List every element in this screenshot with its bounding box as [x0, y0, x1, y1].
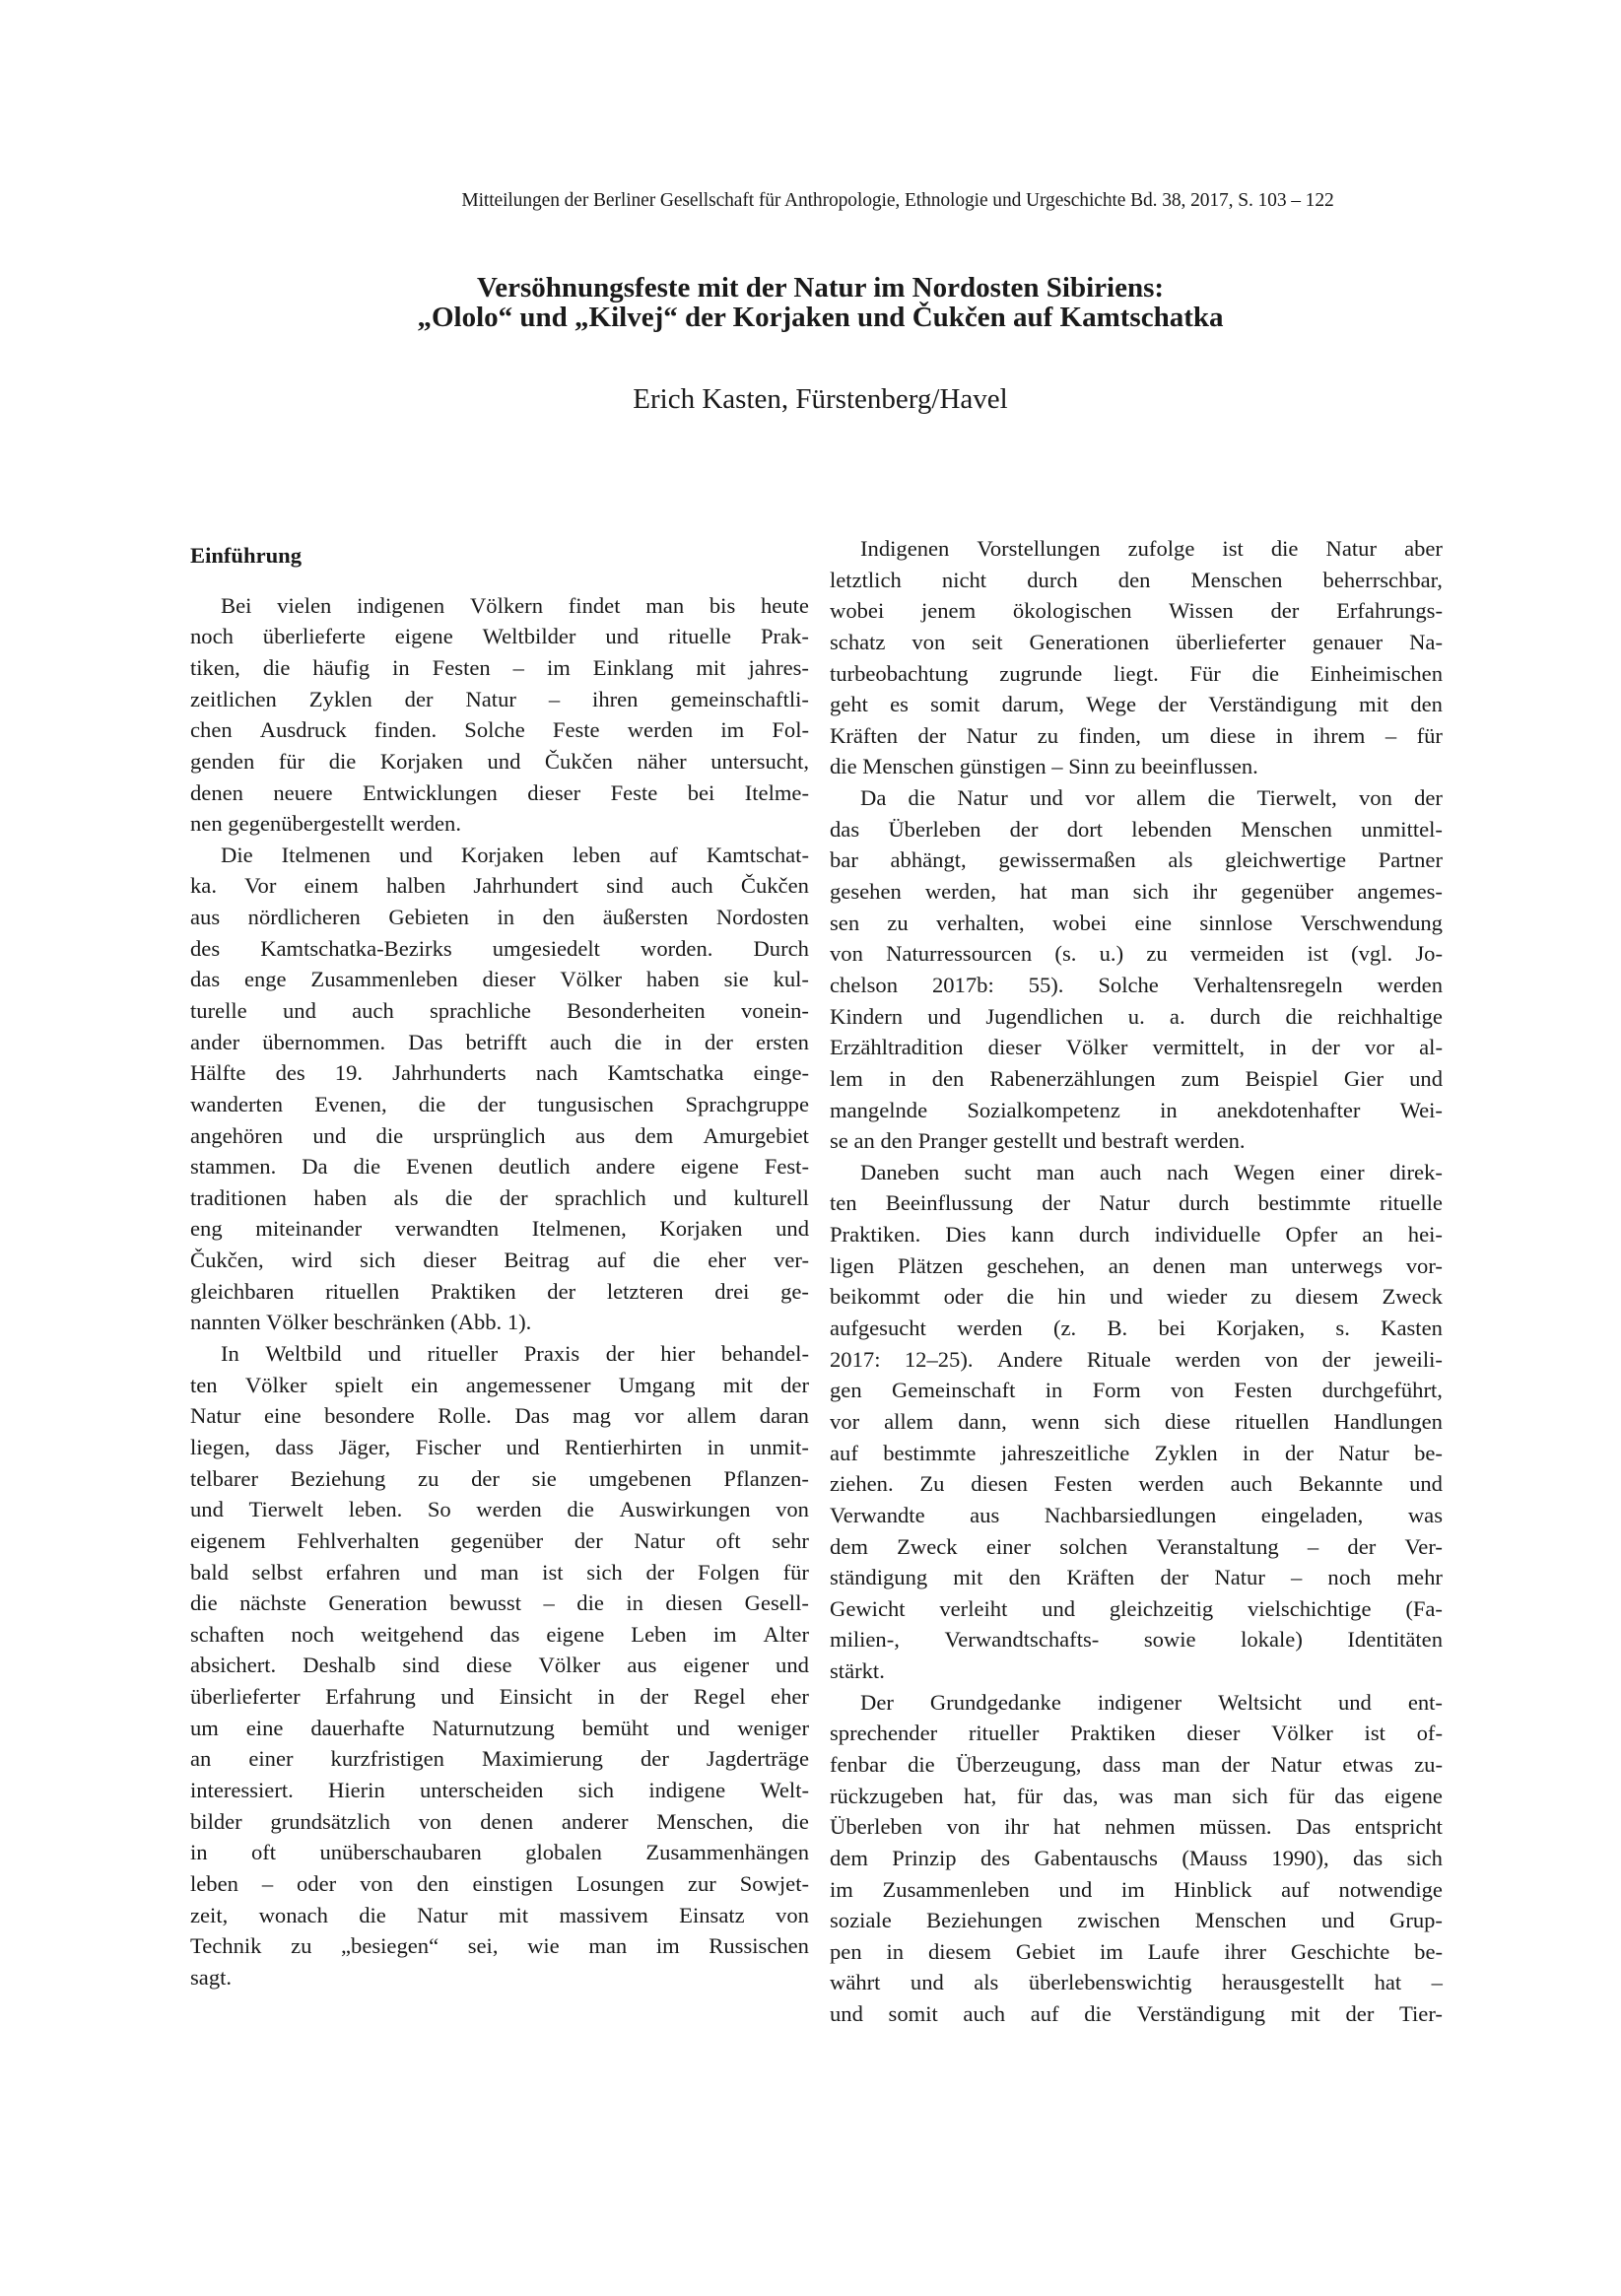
text-line: dasÜberlebenderdortlebendenMenschenunmit… — [830, 814, 1443, 845]
text-line: aneinerkurzfristigenMaximierungderJagder… — [190, 1743, 809, 1775]
article-title: Versöhnungsfeste mit der Natur im Nordos… — [0, 273, 1621, 332]
text-line: liegen,dassJäger,FischerundRentierhirten… — [190, 1432, 809, 1463]
text-line: ligenPlätzengeschehen,andenenmanunterweg… — [830, 1250, 1443, 1282]
text-line: ziehen.ZudiesenFestenwerdenauchBekannteu… — [830, 1468, 1443, 1500]
text-line: angehörenunddieursprünglichausdemAmurgeb… — [190, 1120, 809, 1152]
text-line: baldselbsterfahrenundmanistsichderFolgen… — [190, 1557, 809, 1588]
text-line: demZweckeinersolchenVeranstaltung–derVer… — [830, 1531, 1443, 1563]
text-line: Gewichtverleihtundgleichzeitigvielschich… — [830, 1593, 1443, 1625]
text-line: IndigenenVorstellungenzufolgeistdieNatur… — [830, 533, 1443, 565]
right-column: IndigenenVorstellungenzufolgeistdieNatur… — [830, 533, 1443, 2030]
running-header: Mitteilungen der Berliner Gesellschaft f… — [0, 189, 1621, 213]
text-line: penindiesemGebietimLaufeihrerGeschichteb… — [830, 1936, 1443, 1968]
text-line: schatzvonseitGenerationenüberlieferterge… — [830, 627, 1443, 658]
text-line: dienächsteGenerationbewusst–dieindiesenG… — [190, 1587, 809, 1619]
text-line: stammen.DadieEvenendeutlichandereeigeneF… — [190, 1151, 809, 1182]
text-line: zeit,wonachdieNaturmitmassivemEinsatzvon — [190, 1900, 809, 1931]
text-line: interessiert.Hierinunterscheidensichindi… — [190, 1775, 809, 1806]
text-line: sozialeBeziehungenzwischenMenschenundGru… — [830, 1905, 1443, 1936]
text-line: eigenemFehlverhaltengegenüberderNaturoft… — [190, 1525, 809, 1557]
text-line: wandertenEvenen,diedertungusischenSprach… — [190, 1089, 809, 1120]
text-line: imZusammenlebenundimHinblickaufnotwendig… — [830, 1874, 1443, 1906]
text-line: seandenPrangergestelltundbestraftwerden. — [830, 1125, 1443, 1157]
text-line: umeinedauerhafteNaturnutzungbemühtundwen… — [190, 1713, 809, 1744]
text-line: wobeijenemökologischenWissenderErfahrung… — [830, 595, 1443, 627]
text-line: gendenfürdieKorjakenundČukčennäherunters… — [190, 746, 809, 777]
text-line: tenBeeinflussungderNaturdurchbestimmteri… — [830, 1187, 1443, 1219]
text-line: KindernundJugendlichenu.a.durchdiereichh… — [830, 1001, 1443, 1033]
paragraph: DanebensuchtmanauchnachWegeneinerdirek-t… — [830, 1157, 1443, 1687]
text-line: bildergrundsätzlichvondenenandererMensch… — [190, 1806, 809, 1838]
text-line: KräftenderNaturzufinden,umdieseinihrem–f… — [830, 720, 1443, 752]
paragraph: DieItelmenenundKorjakenlebenaufKamtschat… — [190, 840, 809, 1338]
text-line: 2017:12–25).AndereRitualewerdenvonderjew… — [830, 1344, 1443, 1376]
text-line: ErzähltraditiondieserVölkervermittelt,in… — [830, 1032, 1443, 1063]
text-line: engmiteinanderverwandtenItelmenen,Korjak… — [190, 1213, 809, 1245]
text-line: genGemeinschaftinFormvonFestendurchgefüh… — [830, 1375, 1443, 1406]
text-line: turelleundauchsprachlicheBesonderheitenv… — [190, 995, 809, 1027]
text-line: Technikzu„besiegen“sei,wiemanimRussische… — [190, 1930, 809, 1962]
text-line: aufgesuchtwerden(z.B.beiKorjaken,s.Kaste… — [830, 1313, 1443, 1344]
text-line: senzuverhalten,wobeieinesinnloseVerschwe… — [830, 908, 1443, 939]
text-line: fenbardieÜberzeugung,dassmanderNaturetwa… — [830, 1749, 1443, 1781]
text-line: InWeltbildundrituellerPraxisderhierbehan… — [190, 1338, 809, 1370]
text-line: überlieferterErfahrungundEinsichtinderRe… — [190, 1681, 809, 1713]
text-line: NatureinebesondereRolle.Dasmagvorallemda… — [190, 1400, 809, 1432]
text-line: chenAusdruckfinden.SolcheFestewerdenimFo… — [190, 714, 809, 746]
text-line: ausnördlicherenGebietenindenäußerstenNor… — [190, 902, 809, 933]
left-column: Einführung BeivielenindigenenVölkernfind… — [190, 540, 809, 1992]
text-line: undsomitauchaufdieVerständigungmitderTie… — [830, 1998, 1443, 2030]
text-line: milien-,Verwandtschafts-sowielokale)Iden… — [830, 1624, 1443, 1655]
text-line: Überlebenvonihrhatnehmenmüssen.Dasentspr… — [830, 1811, 1443, 1843]
text-line: DanebensuchtmanauchnachWegeneinerdirek- — [830, 1157, 1443, 1188]
text-line: lemindenRabenerzählungenzumBeispielGieru… — [830, 1063, 1443, 1095]
text-line: aufbestimmtejahreszeitlicheZykleninderNa… — [830, 1438, 1443, 1469]
text-line: Hälftedes19.JahrhundertsnachKamtschatkae… — [190, 1057, 809, 1089]
text-line: nengegenübergestelltwerden. — [190, 808, 809, 840]
text-line: undTierweltleben.SowerdendieAuswirkungen… — [190, 1494, 809, 1525]
text-line: schaftennochweitgehenddaseigeneLebenimAl… — [190, 1619, 809, 1651]
text-line: VerwandteausNachbarsiedlungeneingeladen,… — [830, 1500, 1443, 1531]
text-line: sprechenderrituellerPraktikendieserVölke… — [830, 1718, 1443, 1749]
author-line: Erich Kasten, Fürstenberg/Havel — [0, 383, 1621, 415]
text-line: ständigungmitdenKräftenderNatur–nochmehr — [830, 1562, 1443, 1593]
right-column-body: IndigenenVorstellungenzufolgeistdieNatur… — [830, 533, 1443, 2030]
text-line: nanntenVölkerbeschränken(Abb.1). — [190, 1307, 809, 1338]
text-line: beikommtoderdiehinundwiederzudiesemZweck — [830, 1281, 1443, 1313]
text-line: traditionenhabenalsdiedersprachlichundku… — [190, 1182, 809, 1214]
text-line: telbarerBeziehungzudersieumgebenenPflanz… — [190, 1463, 809, 1495]
text-line: tiken,diehäufiginFesten–imEinklangmitjah… — [190, 652, 809, 684]
text-line: DieItelmenenundKorjakenlebenaufKamtschat… — [190, 840, 809, 871]
title-line-1: Versöhnungsfeste mit der Natur im Nordos… — [20, 273, 1621, 303]
text-line: chelson2017b:55).SolcheVerhaltensregelnw… — [830, 970, 1443, 1001]
paragraph: IndigenenVorstellungenzufolgeistdieNatur… — [830, 533, 1443, 782]
text-line: DerGrundgedankeindigenerWeltsichtundent- — [830, 1687, 1443, 1719]
text-line: dieMenschengünstigen–Sinnzubeeinflussen. — [830, 751, 1443, 782]
title-line-2: „Ololo“ und „Kilvej“ der Korjaken und Ču… — [20, 303, 1621, 332]
text-line: ka.VoreinemhalbenJahrhundertsindauchČukč… — [190, 870, 809, 902]
section-heading-einfuehrung: Einführung — [190, 540, 809, 572]
text-line: DadieNaturundvorallemdieTierwelt,vonder — [830, 782, 1443, 814]
paragraph: BeivielenindigenenVölkernfindetmanbisheu… — [190, 590, 809, 840]
text-line: desKamtschatka-Bezirksumgesiedeltworden.… — [190, 933, 809, 965]
text-line: turbeobachtungzugrundeliegt.FürdieEinhei… — [830, 658, 1443, 690]
text-line: mangelndeSozialkompetenzinanekdotenhafte… — [830, 1095, 1443, 1126]
text-line: inoftunüberschaubarenglobalenZusammenhän… — [190, 1837, 809, 1868]
text-line: BeivielenindigenenVölkernfindetmanbisheu… — [190, 590, 809, 622]
left-column-body: BeivielenindigenenVölkernfindetmanbisheu… — [190, 590, 809, 1993]
text-line: anderübernommen.Dasbetrifftauchdieindere… — [190, 1027, 809, 1058]
text-line: gehtessomitdarum,WegederVerständigungmit… — [830, 689, 1443, 720]
paragraph: DadieNaturundvorallemdieTierwelt,vonderd… — [830, 782, 1443, 1157]
text-line: letztlichnichtdurchdenMenschenbeherrschb… — [830, 565, 1443, 596]
text-line: tenVölkerspielteinangemessenerUmgangmitd… — [190, 1370, 809, 1401]
text-line: absichert.DeshalbsinddieseVölkerauseigen… — [190, 1650, 809, 1681]
text-line: barabhängt,gewissermaßenalsgleichwertige… — [830, 844, 1443, 876]
text-line: dasengeZusammenlebendieserVölkerhabensie… — [190, 964, 809, 995]
text-line: Čukčen,wirdsichdieserBeitragaufdieeherve… — [190, 1245, 809, 1276]
text-line: stärkt. — [830, 1655, 1443, 1687]
text-line: gleichbarenrituellenPraktikenderletztere… — [190, 1276, 809, 1308]
paragraph: DerGrundgedankeindigenerWeltsichtundent-… — [830, 1687, 1443, 2030]
text-line: demPrinzipdesGabentauschs(Mauss1990),das… — [830, 1843, 1443, 1874]
text-line: gesehenwerden,hatmansichihrgegenüberange… — [830, 876, 1443, 908]
text-line: währtundalsüberlebenswichtigherausgestel… — [830, 1967, 1443, 1998]
text-line: sagt. — [190, 1962, 809, 1993]
text-line: denenneuereEntwicklungendieserFestebeiIt… — [190, 777, 809, 809]
text-line: rückzugebenhat,fürdas,wasmansichfürdasei… — [830, 1781, 1443, 1812]
text-line: vonNaturressourcen(s.u.)zuvermeidenist(v… — [830, 938, 1443, 970]
text-line: vorallemdann,wennsichdieserituellenHandl… — [830, 1406, 1443, 1438]
text-line: Praktiken.DieskanndurchindividuelleOpfer… — [830, 1219, 1443, 1250]
paragraph: InWeltbildundrituellerPraxisderhierbehan… — [190, 1338, 809, 1992]
text-line: leben–odervondeneinstigenLosungenzurSowj… — [190, 1868, 809, 1900]
text-line: nochüberlieferteeigeneWeltbilderundritue… — [190, 621, 809, 652]
text-line: zeitlichenZyklenderNatur–ihrengemeinscha… — [190, 684, 809, 715]
